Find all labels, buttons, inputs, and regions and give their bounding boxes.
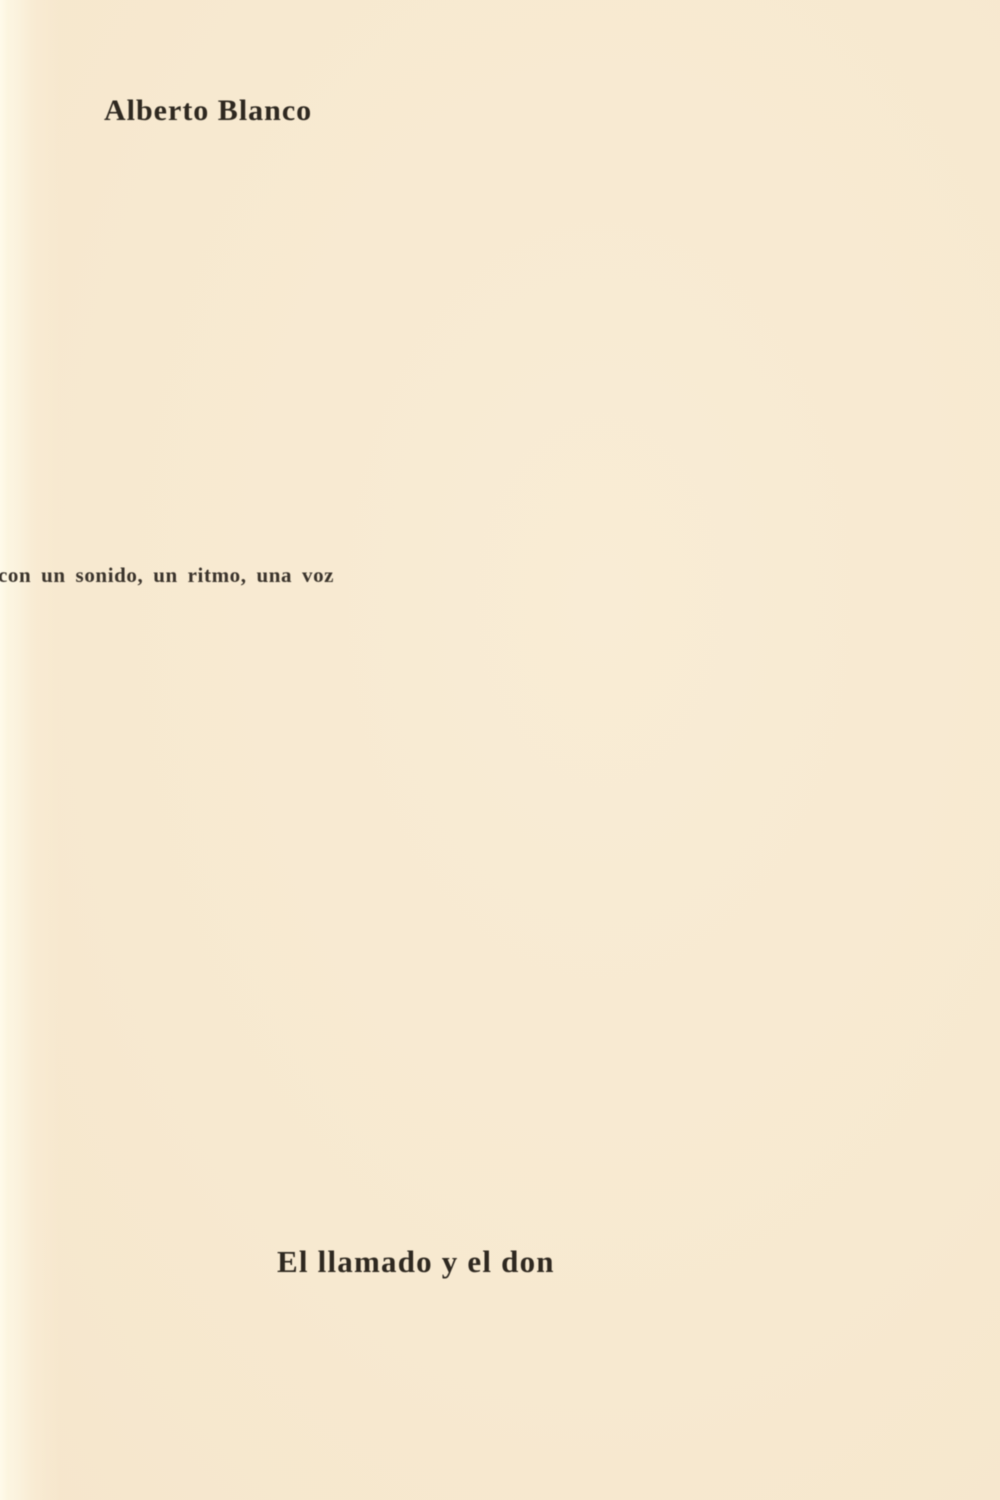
author-name: Alberto Blanco bbox=[104, 94, 312, 128]
epigraph-line: con un sonido, un ritmo, una voz bbox=[0, 563, 334, 588]
book-cover: Alberto Blanco con un sonido, un ritmo, … bbox=[0, 0, 1000, 1500]
book-title: El llamado y el don bbox=[277, 1244, 555, 1280]
spine-edge bbox=[0, 0, 14, 1500]
